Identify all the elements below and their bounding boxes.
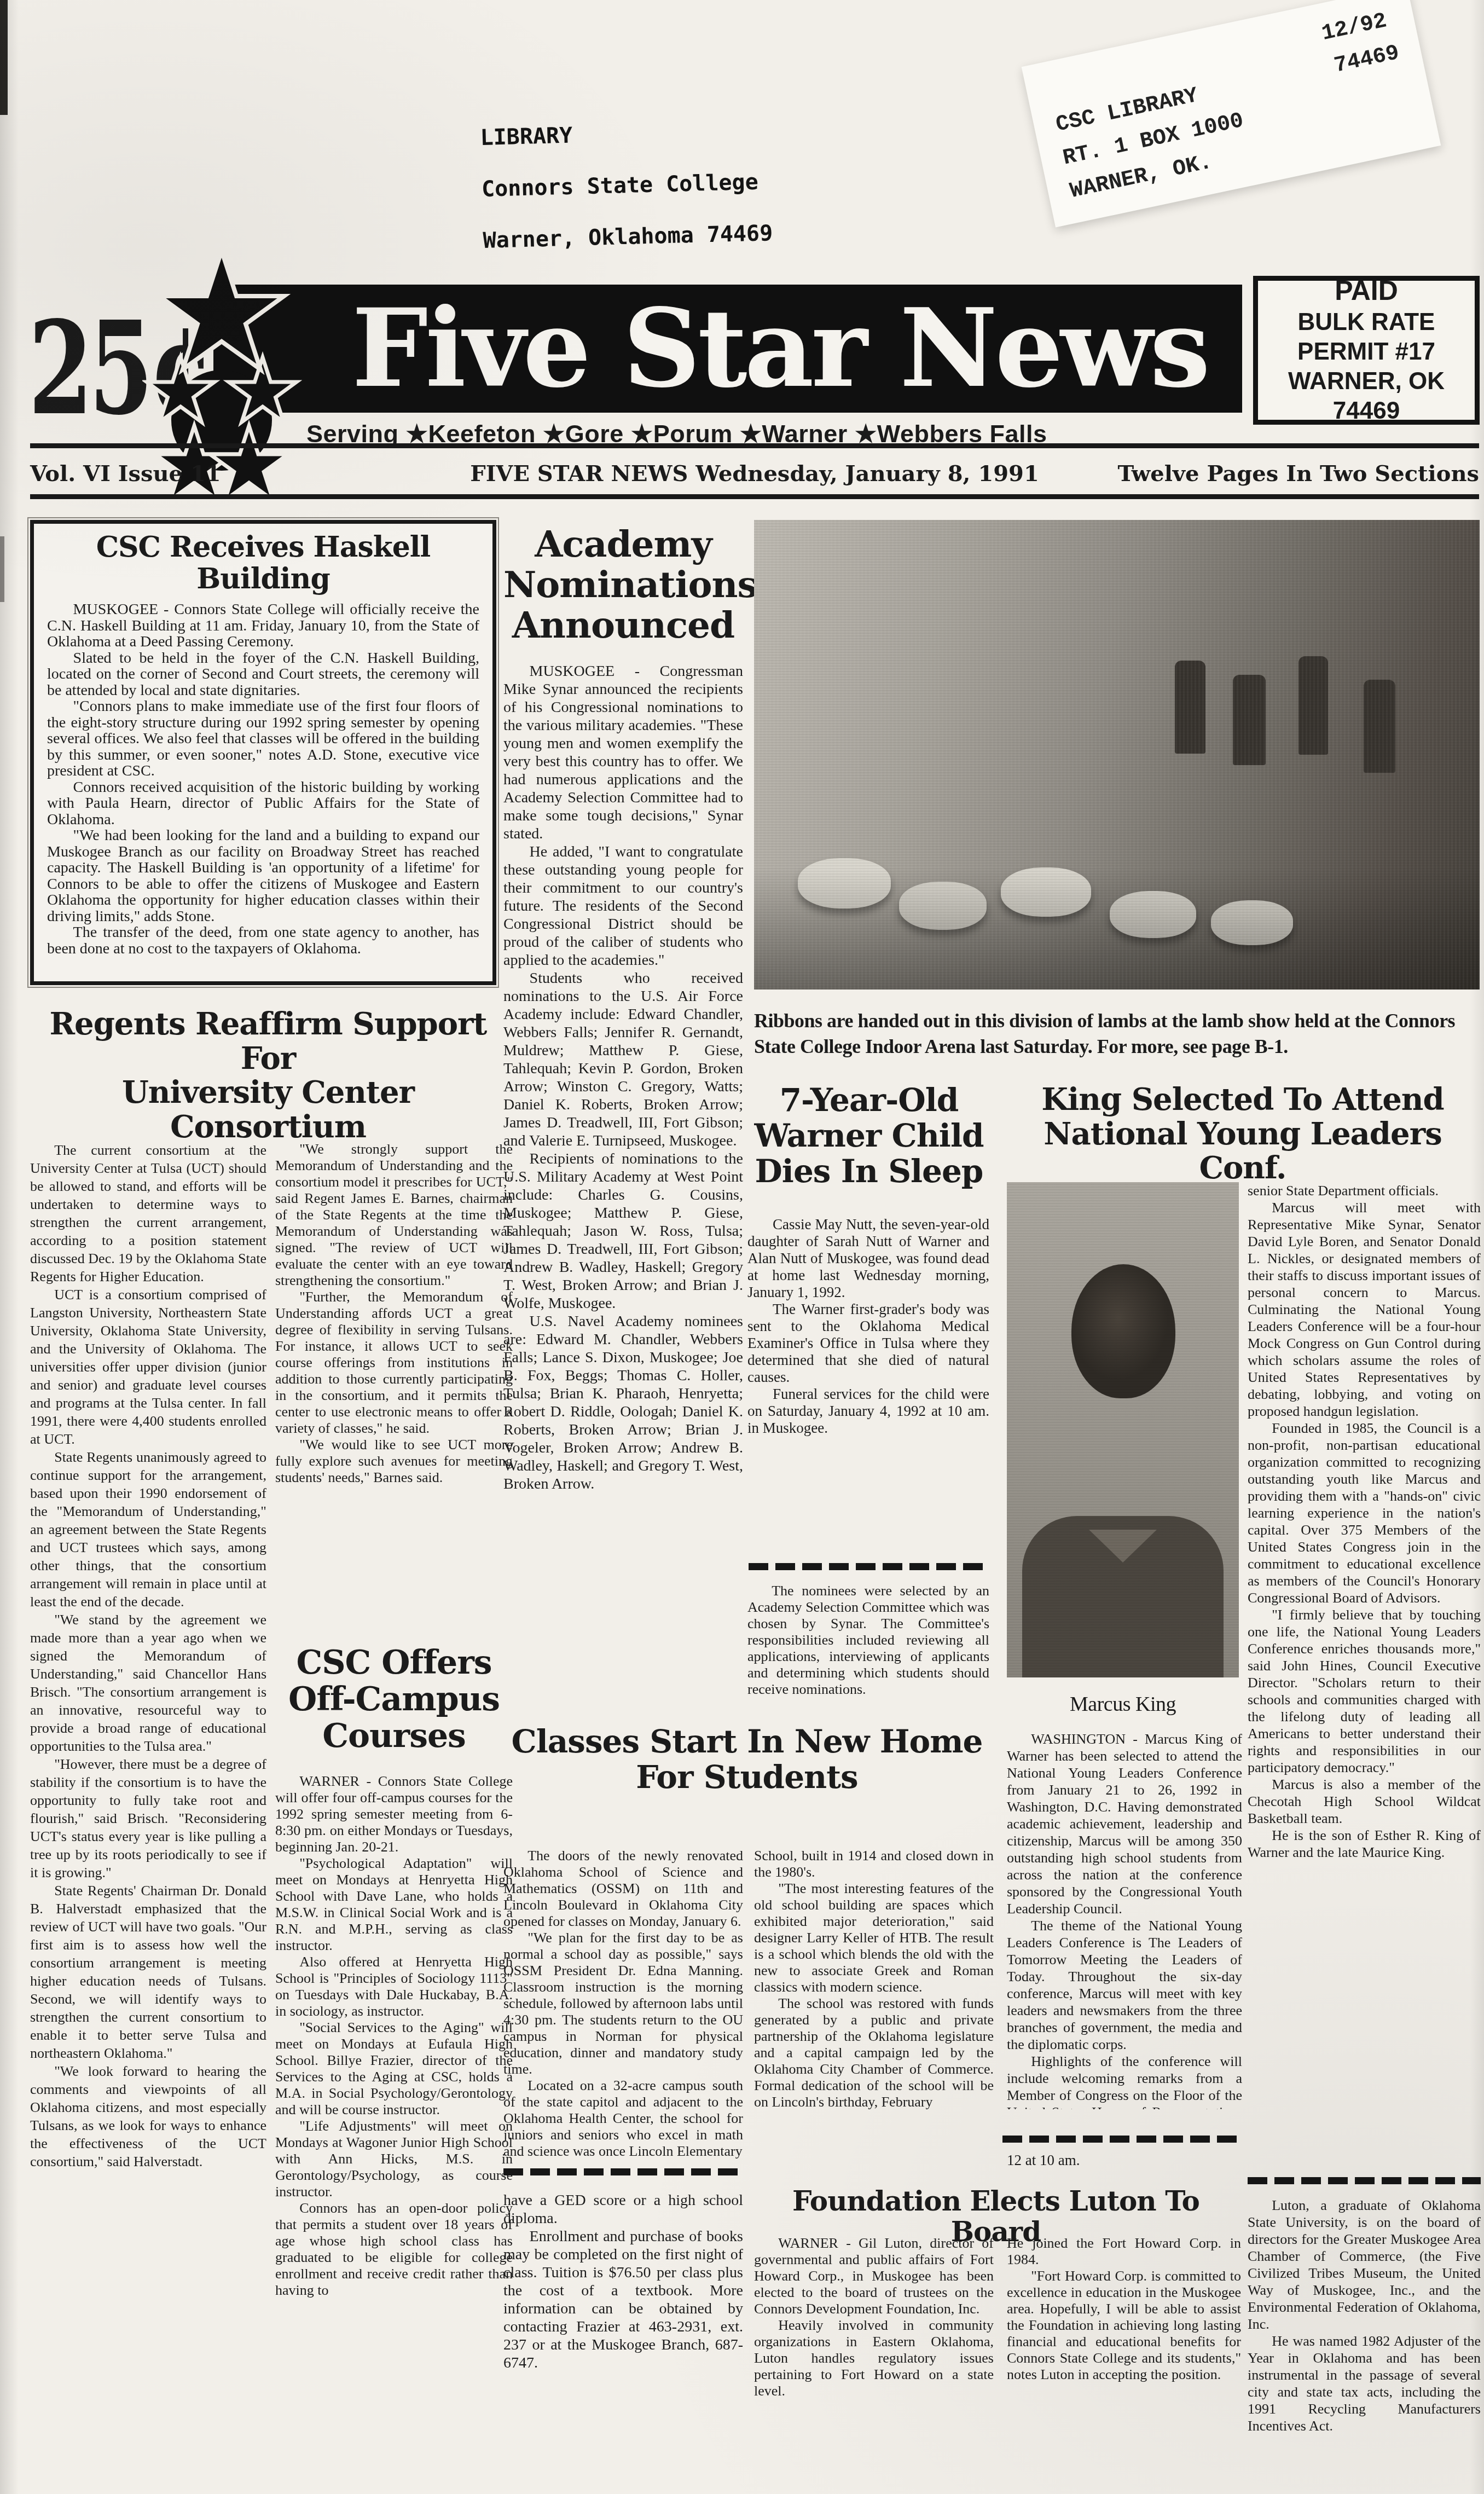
- article-csc-offers-continued: have a GED score or a high school diplom…: [503, 2191, 743, 2487]
- permit-line: 74469: [1258, 398, 1475, 424]
- article-csc-offers-body: WARNER - Connors State College will offe…: [275, 1773, 513, 2479]
- lamb-show-photo: [754, 520, 1480, 990]
- paragraph: He is the son of Esther R. King of Warne…: [1248, 1827, 1481, 1861]
- headline-line: Academy: [503, 524, 743, 565]
- paragraph: U.S. Navel Academy nominees are: Edward …: [503, 1312, 743, 1493]
- paragraph: senior State Department officials.: [1248, 1182, 1481, 1199]
- paragraph: "Life Adjustments" will meet on Mondays …: [275, 2118, 513, 2200]
- divider-rule: [30, 494, 1479, 499]
- headline-line: University Center Consortium: [27, 1075, 509, 1144]
- paper-title: Five Star News: [352, 286, 1208, 412]
- permit-line: BULK RATE: [1258, 310, 1475, 335]
- headline-classes: Classes Start In New HomeFor Students: [503, 1724, 990, 1795]
- article-king-col1: WASHINGTON - Marcus King of Warner has b…: [1007, 1731, 1242, 2109]
- headline-line: For Students: [503, 1760, 990, 1795]
- paragraph: Luton, a graduate of Oklahoma State Univ…: [1248, 2197, 1481, 2333]
- headline-line: CSC Offers: [275, 1645, 513, 1681]
- stamp-line: Connors State College: [481, 167, 772, 204]
- paragraph: UCT is a consortium comprised of Langsto…: [30, 1286, 266, 1448]
- person-silhouette: [1233, 675, 1266, 765]
- marcus-king-photo: [1007, 1182, 1239, 1677]
- paragraph: Located on a 32-acre campus south of the…: [503, 2078, 743, 2160]
- dateline: FIVE STAR NEWS Wednesday, January 8, 199…: [30, 461, 1479, 487]
- article-classes-tail: 12 at 10 am.: [1007, 2152, 1242, 2177]
- headline-line: CSC Receives Haskell Building: [47, 531, 479, 595]
- paragraph: 12 at 10 am.: [1007, 2152, 1242, 2169]
- article-classes-col2: School, built in 1914 and closed down in…: [754, 1848, 994, 2154]
- paragraph: State Regents' Chairman Dr. Donald B. Ha…: [30, 1882, 266, 2062]
- headline-line: National Young Leaders Conf.: [1006, 1117, 1480, 1185]
- paragraph: WARNER - Gil Luton, director of governme…: [754, 2235, 994, 2317]
- headline-haskell: CSC Receives Haskell Building: [47, 531, 479, 595]
- paragraph: The theme of the National Young Leaders …: [1007, 1917, 1242, 2053]
- photo-shading: [754, 867, 1480, 990]
- paragraph: MUSKOGEE - Congressman Mike Synar announ…: [503, 662, 743, 843]
- headline-line: Nominations: [503, 565, 743, 605]
- paragraph: He was named 1982 Adjuster of the Year i…: [1248, 2333, 1481, 2434]
- section-divider: [749, 1563, 987, 1570]
- section-divider: [1248, 2177, 1481, 2184]
- headline-line: Dies In Sleep: [747, 1154, 990, 1189]
- lamb-photo-caption: Ribbons are handed out in this division …: [754, 1008, 1480, 1060]
- person-silhouette: [1175, 661, 1205, 754]
- headline-line: Off-Campus: [275, 1681, 513, 1718]
- article-haskell-body: MUSKOGEE - Connors State College will of…: [47, 601, 479, 985]
- lamb-silhouette: [899, 882, 987, 930]
- paragraph: Also offered at Henryetta High School is…: [275, 1954, 513, 2019]
- paragraph: Marcus will meet with Representative Mik…: [1248, 1199, 1481, 1420]
- paragraph: "We stand by the agreement we made more …: [30, 1611, 266, 1755]
- stamp-line: Warner, Oklahoma 74469: [483, 218, 773, 256]
- article-academy-body: MUSKOGEE - Congressman Mike Synar announ…: [503, 662, 743, 1727]
- dateline-row: Vol. VI Issue 11 FIVE STAR NEWS Wednesda…: [30, 461, 1479, 487]
- paragraph: Connors has an open-door policy that per…: [275, 2200, 513, 2299]
- paragraph: "Further, the Memorandum of Understandin…: [275, 1289, 513, 1437]
- scan-edge-mark: [0, 0, 8, 115]
- headline-csc-offers: CSC OffersOff-CampusCourses: [275, 1645, 513, 1755]
- article-foundation-col1: WARNER - Gil Luton, director of governme…: [754, 2235, 994, 2486]
- lamb-silhouette: [1001, 867, 1091, 917]
- paragraph: MUSKOGEE - Connors State College will of…: [47, 601, 479, 650]
- portrait-head: [1071, 1264, 1175, 1398]
- paragraph: Slated to be held in the foyer of the C.…: [47, 650, 479, 699]
- article-king-col2: senior State Department officials.Marcus…: [1248, 1182, 1481, 2163]
- paragraph: "Fort Howard Corp. is committed to excel…: [1007, 2268, 1241, 2383]
- paragraph: Founded in 1985, the Council is a non-pr…: [1248, 1420, 1481, 1606]
- newspaper-front-page: LIBRARYConnors State CollegeWarner, Okla…: [0, 0, 1484, 2494]
- headline-line: Courses: [275, 1718, 513, 1755]
- paragraph: The Warner first-grader's body was sent …: [747, 1301, 989, 1386]
- paragraph: State Regents unanimously agreed to cont…: [30, 1448, 266, 1611]
- permit-line: WARNER, OK: [1258, 369, 1475, 394]
- paragraph: "I firmly believe that by touching one l…: [1248, 1606, 1481, 1776]
- library-stamp: LIBRARYConnors State CollegeWarner, Okla…: [479, 94, 774, 277]
- paragraph: "We would like to see UCT more fully exp…: [275, 1437, 513, 1486]
- article-classes-col1: The doors of the newly renovated Oklahom…: [503, 1848, 743, 2161]
- headline-line: 7-Year-Old: [747, 1083, 990, 1118]
- paragraph: Heavily involved in community organizati…: [754, 2317, 994, 2399]
- paragraph: Highlights of the conference will includ…: [1007, 2053, 1242, 2109]
- article-academy-continued: The nominees were selected by an Academy…: [747, 1583, 989, 1717]
- article-regents-col1: The current consortium at the University…: [30, 1141, 266, 2455]
- headline-line: Warner Child: [747, 1118, 990, 1154]
- lamb-silhouette: [1211, 900, 1293, 945]
- paragraph: The nominees were selected by an Academy…: [747, 1583, 989, 1698]
- headline-line: King Selected To Attend: [1006, 1083, 1480, 1117]
- headline-academy: AcademyNominationsAnnounced: [503, 524, 743, 646]
- paragraph: "We plan for the first day to be as norm…: [503, 1930, 743, 2078]
- portrait-shoulders: [1022, 1516, 1224, 1677]
- paragraph: Enrollment and purchase of books may be …: [503, 2227, 743, 2372]
- person-silhouette: [1364, 680, 1395, 773]
- paragraph: "We strongly support the Memorandum of U…: [275, 1141, 513, 1289]
- paragraph: "Psychological Adaptation" will meet on …: [275, 1855, 513, 1954]
- portrait-collar: [1089, 1530, 1157, 1563]
- paragraph: He added, "I want to congratulate these …: [503, 843, 743, 969]
- marcus-king-caption: Marcus King: [1007, 1691, 1239, 1718]
- masthead-banner: Five Star News: [213, 285, 1242, 413]
- article-dies-body: Cassie May Nutt, the seven-year-old daug…: [747, 1216, 989, 1550]
- person-silhouette: [1298, 656, 1328, 755]
- headline-line: Classes Start In New Home: [503, 1724, 990, 1760]
- lamb-silhouette: [1110, 891, 1196, 938]
- divider-rule: [30, 443, 1479, 448]
- paragraph: "The most interesting features of the ol…: [754, 1880, 994, 1995]
- paragraph: "However, there must be a degree of stab…: [30, 1755, 266, 1882]
- paragraph: Recipients of nominations to the U.S. Mi…: [503, 1150, 743, 1312]
- paragraph: He joined the Fort Howard Corp. in 1984.: [1007, 2235, 1241, 2268]
- permit-line: PERMIT #17: [1258, 339, 1475, 364]
- article-regents-col2: "We strongly support the Memorandum of U…: [275, 1141, 513, 1635]
- headline-line: Announced: [503, 605, 743, 646]
- paragraph: "Social Services to the Aging" will meet…: [275, 2019, 513, 2118]
- headline-king: King Selected To AttendNational Young Le…: [1006, 1083, 1480, 1185]
- scan-edge-mark: [0, 536, 4, 602]
- lamb-silhouette: [798, 858, 891, 909]
- paragraph: Connors received acquisition of the hist…: [47, 779, 479, 828]
- section-divider: [503, 2168, 743, 2175]
- paragraph: School, built in 1914 and closed down in…: [754, 1848, 994, 1880]
- paragraph: Marcus is also a member of the Checotah …: [1248, 1776, 1481, 1827]
- article-foundation-continued: Luton, a graduate of Oklahoma State Univ…: [1248, 2197, 1481, 2486]
- paragraph: Funeral services for the child were on S…: [747, 1386, 989, 1437]
- article-foundation-col2: He joined the Fort Howard Corp. in 1984.…: [1007, 2235, 1241, 2486]
- mailing-label: 12/92 CSC LIBRARY 74469 RT. 1 BOX 1000 W…: [1022, 0, 1441, 228]
- section-divider: [1002, 2136, 1238, 2143]
- paragraph: The doors of the newly renovated Oklahom…: [503, 1848, 743, 1930]
- paragraph: "We had been looking for the land and a …: [47, 828, 479, 924]
- paragraph: WASHINGTON - Marcus King of Warner has b…: [1007, 1731, 1242, 1917]
- headline-dies: 7-Year-OldWarner ChildDies In Sleep: [747, 1083, 990, 1189]
- bulk-rate-permit-box: PAIDBULK RATEPERMIT #17WARNER, OK74469: [1253, 276, 1480, 425]
- paragraph: The school was restored with funds gener…: [754, 1995, 994, 2110]
- paragraph: Students who received nominations to the…: [503, 969, 743, 1150]
- permit-line: PAID: [1258, 276, 1475, 305]
- paragraph: WARNER - Connors State College will offe…: [275, 1773, 513, 1855]
- paragraph: The transfer of the deed, from one state…: [47, 924, 479, 957]
- paragraph: Cassie May Nutt, the seven-year-old daug…: [747, 1216, 989, 1301]
- headline-regents: Regents Reaffirm Support ForUniversity C…: [27, 1007, 509, 1144]
- paragraph: The current consortium at the University…: [30, 1141, 266, 1286]
- paragraph: have a GED score or a high school diplom…: [503, 2191, 743, 2227]
- paragraph: "We look forward to hearing the comments…: [30, 2062, 266, 2171]
- stamp-line: LIBRARY: [480, 115, 770, 153]
- headline-line: Regents Reaffirm Support For: [27, 1007, 509, 1075]
- paragraph: "Connors plans to make immediate use of …: [47, 698, 479, 779]
- article-haskell: CSC Receives Haskell Building MUSKOGEE -…: [30, 520, 496, 985]
